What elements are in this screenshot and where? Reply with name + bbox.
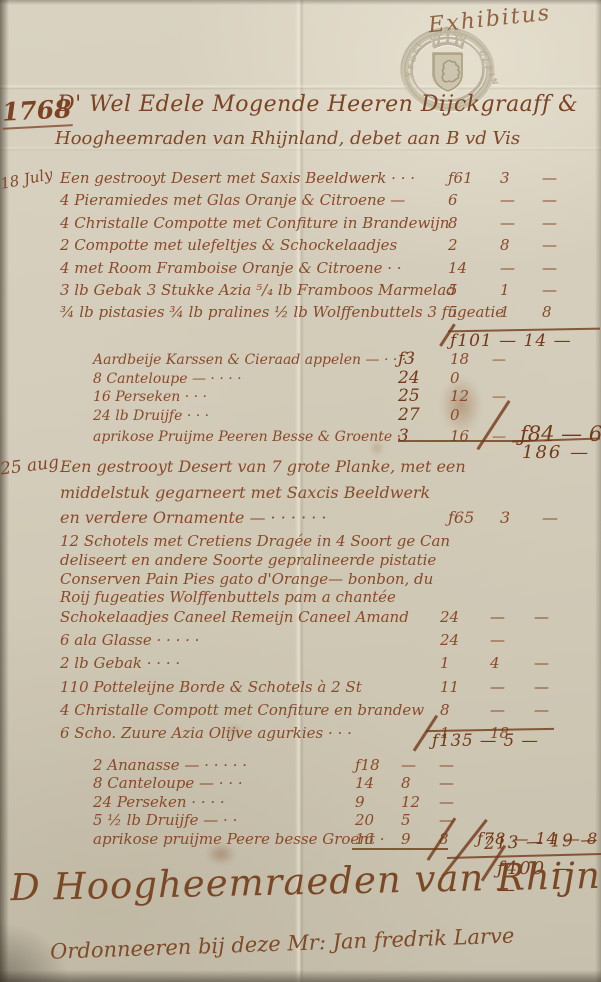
ledger-paragraph-dessert: Een gestrooyt Desert van 7 grote Planke,… [60, 454, 598, 531]
line-text: 16 Perseken · · · [93, 389, 398, 407]
amount-g: 8 [448, 212, 500, 234]
amount-s: — [500, 189, 542, 211]
amount-s: 5 [401, 811, 439, 829]
line-text: 24 lb Druijfe · · · [93, 408, 398, 426]
amount-s: 12 [450, 388, 492, 406]
amount-p: — [534, 652, 549, 675]
ledger-line: 16 Perseken · · ·2512— [93, 388, 598, 407]
line-text: middelstuk gegarneert met Saxcis Beeldwe… [60, 480, 448, 506]
line-text: aprikose Pruijme Peeren Besse & Groente … [93, 429, 398, 447]
amount-s: 12 [401, 793, 439, 811]
ledger-line: Aardbeije Karssen & Cieraad appelen — · … [93, 351, 598, 370]
horizontal-fold-crease [0, 84, 601, 90]
line-text: 110 Potteleijne Borde & Schotels à 2 St [60, 676, 440, 699]
amount-s: — [500, 257, 542, 279]
amount-g: 8 [440, 699, 490, 722]
amount-s: — [490, 606, 534, 629]
ledger-paragraph-confectionery: 12 Schotels met Cretiens Dragée in 4 Soo… [60, 532, 590, 607]
line-text: ¾ lb pistasies ¾ lb pralines ½ lb Wolffe… [60, 301, 448, 323]
amount-s: 8 [500, 234, 542, 256]
ledger-line: 3 lb Gebak 3 Stukke Azia ⁵/₄ lb Framboos… [60, 279, 598, 301]
ledger-section-july: Een gestrooyt Desert met Saxis Beeldwerk… [60, 167, 598, 324]
ledger-line: 6 ala Glasse · · · · ·24— [60, 629, 598, 652]
ledger-line: 4 Pieramiedes met Glas Oranje & Citroene… [60, 189, 598, 211]
amount-g: 5 [448, 301, 500, 323]
amount-g: 24 [440, 606, 490, 629]
header-line-2: Hoogheemraden van Rhijnland, debet aan B… [55, 128, 601, 149]
amount-s: 1 [500, 301, 542, 323]
amount-p: — [542, 212, 557, 234]
line-text: 24 Perseken · · · · [93, 793, 355, 811]
ledger-line: 24 Perseken · · · ·912— [93, 793, 573, 811]
amount-p: 8 [542, 301, 552, 323]
amount-g: ƒ65 [448, 505, 500, 531]
amount-s: 8 [401, 774, 439, 792]
line-text: 6 Scho. Zuure Azia Olijve agurkies · · · [60, 722, 440, 745]
ledger-line: ¾ lb pistasies ¾ lb pralines ½ lb Wolffe… [60, 301, 598, 323]
amount-g: 11 [440, 676, 490, 699]
ledger-line: Een gestrooyt Desert van 7 grote Planke,… [60, 454, 598, 480]
amount-g: 14 [448, 257, 500, 279]
amount-g: 24 [440, 629, 490, 652]
amount-g: 20 [355, 811, 401, 829]
amount-s: — [500, 212, 542, 234]
amount-g: 3 [398, 428, 450, 446]
ledger-line: 8 Canteloupe — · · ·148— [93, 774, 573, 792]
ledger-line: 8 Canteloupe — · · · ·240 [93, 370, 598, 389]
amount-p: — [492, 429, 506, 447]
amount-g: ƒ18 [355, 756, 401, 774]
line-text: Een gestrooyt Desert van 7 grote Planke,… [60, 454, 448, 480]
ledger-line: Een gestrooyt Desert met Saxis Beeldwerk… [60, 167, 598, 189]
amount-p: — [542, 257, 557, 279]
ledger-line: 4 Christalle Compotte met Confiture in B… [60, 212, 598, 234]
amount-s: 1 [500, 279, 542, 301]
line-text: en verdere Ornamente — · · · · · · [60, 505, 448, 531]
amount-g: 5 [448, 279, 500, 301]
amount-s: 3 [500, 505, 542, 531]
line-text: 5 ½ lb Druijfe — · · [93, 811, 355, 829]
ledger-line: 110 Potteleijne Borde & Schotels à 2 St1… [60, 676, 598, 699]
amount-s: 0 [450, 370, 492, 388]
amount-g: 14 [355, 774, 401, 792]
amount-s: 4 [490, 652, 534, 675]
subtotal-july: ƒ101 — 14 — [450, 331, 572, 351]
amount-g: 2 [448, 234, 500, 256]
signature-line-2: Ordonneeren bij deze Mr: Jan fredrik Lar… [50, 920, 601, 964]
ledger-line: 5 ½ lb Druijfe — · ·205— [93, 811, 573, 829]
ledger-line: Roij fugeaties Wolffenbuttels pam a chan… [60, 588, 590, 607]
ledger-line: 4 met Room Framboise Oranje & Citroene ·… [60, 257, 598, 279]
ledger-line: en verdere Ornamente — · · · · · ·ƒ653— [60, 505, 598, 531]
amount-s: 3 [500, 167, 542, 189]
line-text: 2 Compotte met ulefeltjes & Schockelaadj… [60, 234, 448, 256]
paper-edge-shadow [0, 970, 601, 982]
line-text: deliseert en andere Soorte gepralineerde… [60, 551, 580, 570]
amount-s: — [490, 699, 534, 722]
amount-p: — [534, 699, 549, 722]
ledger-line: 2 Ananasse — · · · · ·ƒ18—— [93, 756, 573, 774]
line-text: 2 Ananasse — · · · · · [93, 756, 355, 774]
sum-rule [398, 440, 530, 442]
line-text: 4 Christalle Compott met Confiture en br… [60, 699, 440, 722]
line-text: 3 lb Gebak 3 Stukke Azia ⁵/₄ lb Framboos… [60, 279, 448, 301]
line-text: Aardbeije Karssen & Cieraad appelen — · … [93, 352, 398, 370]
line-text: 4 met Room Framboise Oranje & Citroene ·… [60, 257, 448, 279]
ledger-line: Schokelaadjes Caneel Remeijn Caneel Aman… [60, 606, 598, 629]
amount-g: 6 [448, 189, 500, 211]
ledger-section-fruit-july: Aardbeije Karssen & Cieraad appelen — · … [93, 351, 598, 447]
amount-g: ƒ3 [398, 351, 450, 369]
header-line-1: D' Wel Edele Mogende Heeren Dijckgraaff … [57, 92, 601, 117]
amount-p: — [542, 189, 557, 211]
amount-s: — [490, 676, 534, 699]
ledger-line: 2 lb Gebak · · · ·14— [60, 652, 598, 675]
amount-g: ƒ61 [448, 167, 500, 189]
ledger-line: Conserven Pain Pies gato d'Orange— bonbo… [60, 570, 590, 589]
ledger-line: 12 Schotels met Cretiens Dragée in 4 Soo… [60, 532, 590, 551]
line-text: Een gestrooyt Desert met Saxis Beeldwerk… [60, 167, 448, 189]
line-text: Roij fugeaties Wolffenbuttels pam a chan… [60, 588, 580, 607]
amount-p: — [542, 505, 558, 531]
shield-icon [434, 54, 462, 91]
ledger-line: 4 Christalle Compott met Confiture en br… [60, 699, 598, 722]
subtotal-august: ƒ135 — 5 — [432, 731, 539, 750]
amount-s: 0 [450, 407, 492, 425]
ledger-line: deliseert en andere Soorte gepralineerde… [60, 551, 590, 570]
entry-date-august: 25 aug [0, 452, 60, 479]
ledger-section-august: Schokelaadjes Caneel Remeijn Caneel Aman… [60, 606, 598, 745]
line-text: 8 Canteloupe — · · · · [93, 371, 398, 389]
amount-p: — [534, 606, 549, 629]
signature-line-1: D Hoogheemraeden van Rhijnland d [10, 854, 601, 910]
amount-g: 25 [398, 388, 450, 406]
amount-p: — [542, 279, 557, 301]
paper-edge-shadow [0, 0, 9, 982]
amount-p: — [439, 793, 469, 811]
line-text: 4 Pieramiedes met Glas Oranje & Citroene… [60, 189, 448, 211]
amount-p: — [534, 676, 549, 699]
amount-g: 1 [440, 652, 490, 675]
ledger-line: middelstuk gegarneert met Saxcis Beeldwe… [60, 480, 598, 506]
amount-p: — [439, 774, 469, 792]
amount-s: — [490, 629, 534, 652]
amount-s: 9 [401, 830, 439, 848]
manuscript-page: SEGEL CLEIN Exhibitus 1768 D' Wel Edele … [0, 0, 601, 982]
line-text: Conserven Pain Pies gato d'Orange— bonbo… [60, 570, 580, 589]
ledger-line: 2 Compotte met ulefeltjes & Schockelaadj… [60, 234, 598, 256]
docket-annotation: Exhibitus [427, 0, 601, 38]
line-text: 12 Schotels met Cretiens Dragée in 4 Soo… [60, 532, 580, 551]
amount-p: — [439, 756, 469, 774]
line-text: 6 ala Glasse · · · · · [60, 629, 440, 652]
line-text: 4 Christalle Compotte met Confiture in B… [60, 212, 448, 234]
amount-g: 16 [355, 830, 401, 848]
amount-g: 24 [398, 370, 450, 388]
amount-g: 27 [398, 407, 450, 425]
line-text: 2 lb Gebak · · · · [60, 652, 440, 675]
amount-s: — [401, 756, 439, 774]
amount-g: 9 [355, 793, 401, 811]
line-text: aprikose pruijme Peere besse Groent · [93, 830, 355, 848]
amount-p: — [492, 352, 506, 370]
amount-s: 18 [450, 351, 492, 369]
amount-p: — [542, 234, 557, 256]
line-text: Schokelaadjes Caneel Remeijn Caneel Aman… [60, 606, 440, 629]
amount-p: — [542, 167, 557, 189]
line-text: 8 Canteloupe — · · · [93, 774, 355, 792]
